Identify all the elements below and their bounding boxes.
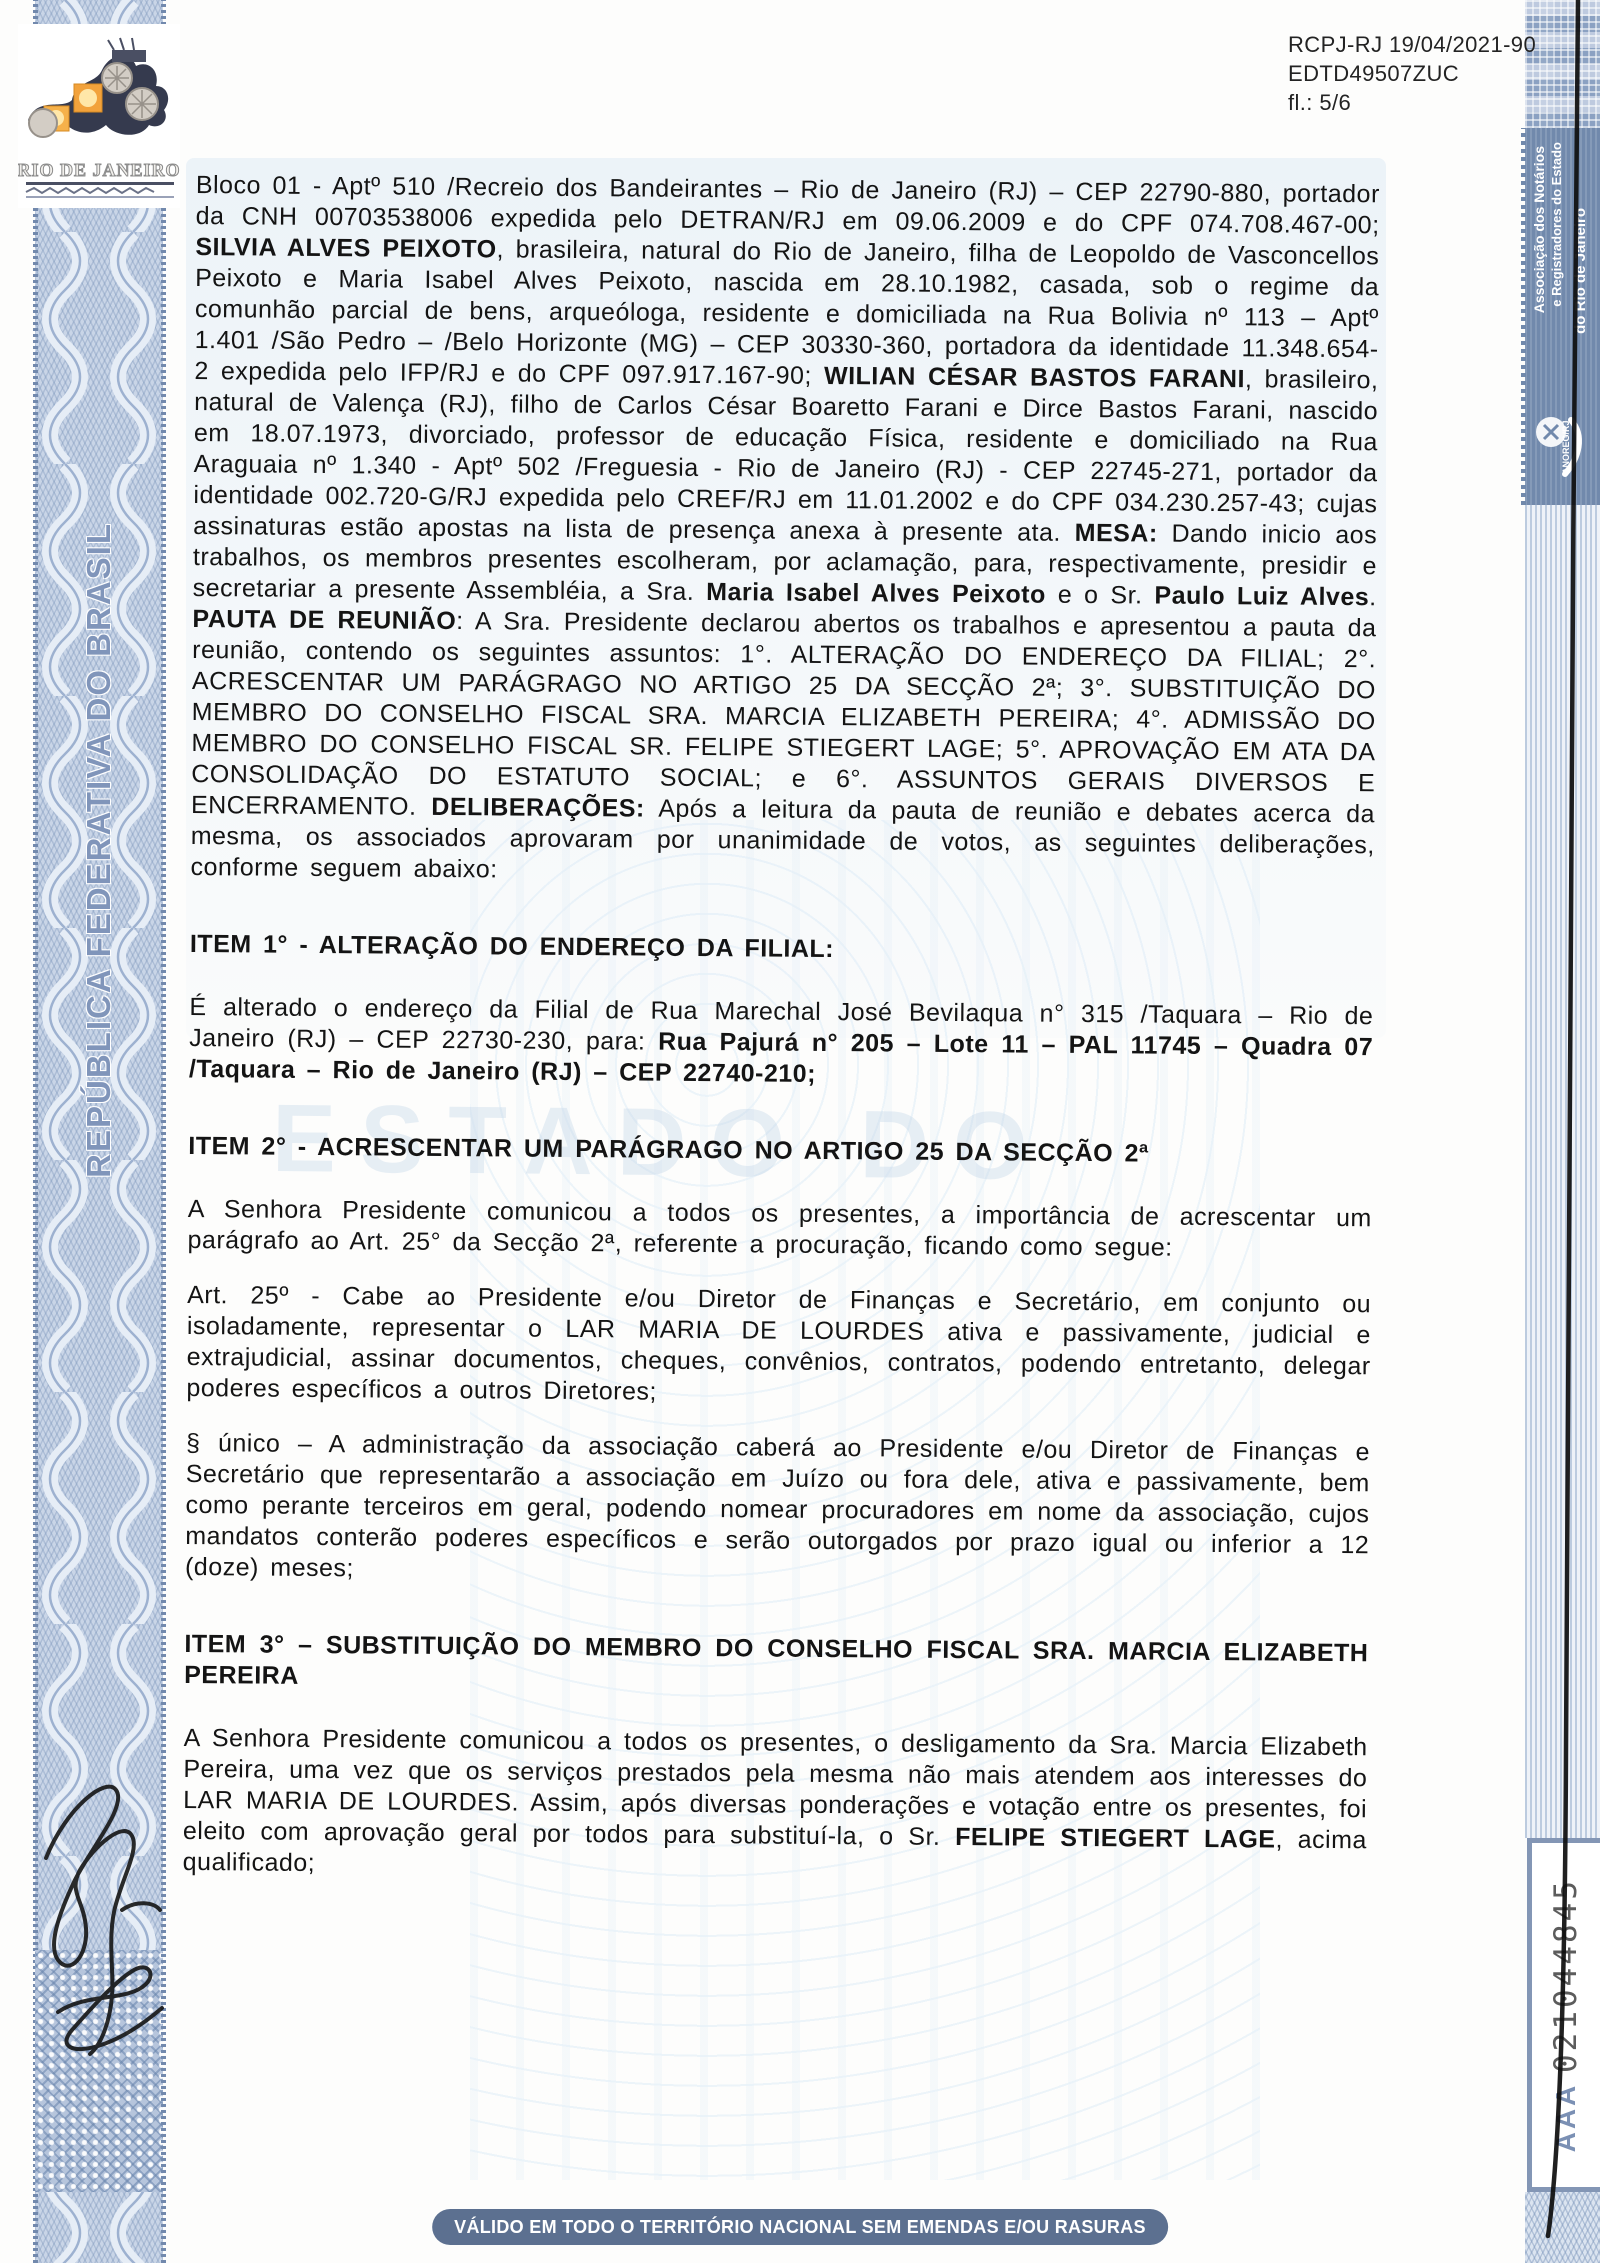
document-paragraph: § único – A administração da associação … (185, 1428, 1370, 1592)
document-paragraph: É alterado o endereço da Filial de Rua M… (189, 992, 1374, 1094)
handwritten-signature (26, 1760, 196, 2075)
registry-id-line: RCPJ-RJ 19/04/2021-90 (1288, 30, 1536, 59)
validity-banner: VÁLIDO EM TODO O TERRITÓRIO NACIONAL SEM… (432, 2209, 1168, 2245)
stamp-title-text: RIO DE JANEIRO (18, 160, 180, 180)
document-heading: ITEM 2° - ACRESCENTAR UM PARÁGRAGO NO AR… (188, 1131, 1372, 1171)
association-name-line3: do Rio de Janeiro (1572, 208, 1589, 334)
document-paragraph: Bloco 01 - Aptº 510 /Recreio dos Bandeir… (190, 170, 1380, 892)
rio-map-illustration: RIO DE JANEIRO (18, 24, 180, 208)
association-name-line2: e Registradores do Estado (1549, 142, 1564, 307)
registry-header: RCPJ-RJ 19/04/2021-90 EDTD49507ZUC fl.: … (1288, 30, 1536, 117)
serial-prefix: AAA (1550, 2073, 1581, 2152)
document-paragraph: A Senhora Presidente comunicou a todos o… (183, 1723, 1368, 1887)
protocol-line: EDTD49507ZUC (1288, 59, 1536, 88)
guilloche-corner-pattern (1525, 2192, 1600, 2263)
document-heading: ITEM 3° – SUBSTITUIÇÃO DO MEMBRO DO CONS… (184, 1629, 1368, 1700)
document-paragraph: A Senhora Presidente comunicou a todos o… (187, 1194, 1371, 1265)
document-paragraph: Art. 25º - Cabe ao Presidente e/ou Diret… (186, 1280, 1371, 1413)
anoreg-logo: ANOREG/RJ (1529, 390, 1595, 502)
anoreg-label: ANOREG/RJ (1561, 420, 1571, 474)
serial-number: AAA 021044845 (1548, 1878, 1584, 2152)
serial-digits: 021044845 (1548, 1878, 1584, 2073)
republic-vertical-text: REPÚBLICA FEDERATIVA DO BRASIL (80, 522, 118, 1178)
sheet-number-line: fl.: 5/6 (1288, 88, 1536, 117)
plaid-pattern-block (1525, 0, 1600, 128)
rio-de-janeiro-stamp: RIO DE JANEIRO (18, 24, 180, 208)
scanned-document-page: ESTADO DO REPÚBLICA FEDERATIVA DO BRASIL (0, 0, 1600, 2263)
document-body: Bloco 01 - Aptº 510 /Recreio dos Bandeir… (183, 170, 1380, 1887)
striped-band (1525, 505, 1600, 1838)
serial-number-box: AAA 021044845 (1527, 1838, 1600, 2192)
notary-association-band: Associação dos Notários e Registradores … (1525, 128, 1600, 505)
document-heading: ITEM 1° - ALTERAÇÃO DO ENDEREÇO DA FILIA… (190, 929, 1374, 969)
association-name-line1: Associação dos Notários (1531, 146, 1547, 313)
security-strip-right: Associação dos Notários e Registradores … (1525, 0, 1600, 2263)
